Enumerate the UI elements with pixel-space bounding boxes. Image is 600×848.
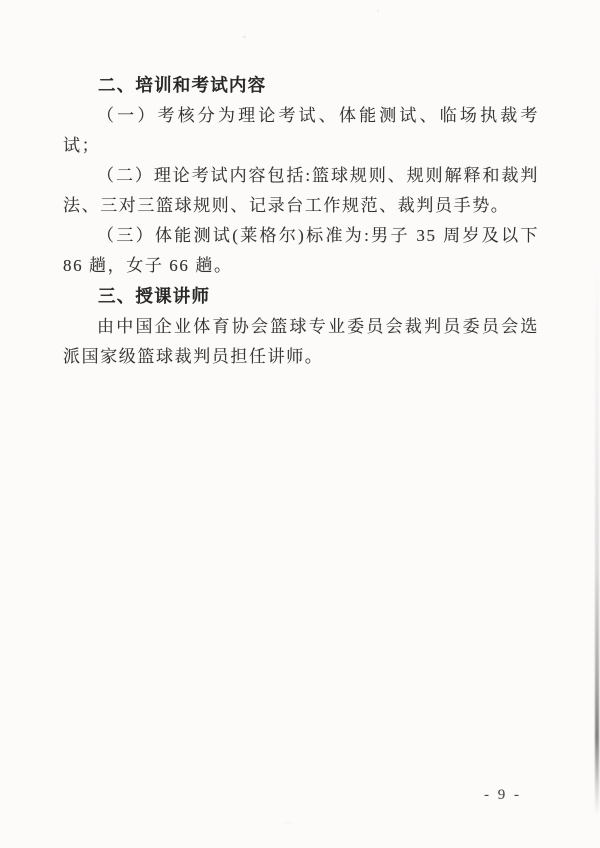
section-heading-training-and-exam-content: 二、培训和考试内容 bbox=[63, 70, 539, 101]
scan-edge-shadow bbox=[595, 255, 599, 815]
document-body: 二、培训和考试内容 （一）考核分为理论考试、体能测试、临场执裁考试； （二）理论… bbox=[63, 70, 539, 372]
section-heading-lecturers: 三、授课讲师 bbox=[63, 281, 539, 312]
scan-noise-speck bbox=[243, 36, 246, 38]
scanned-document-page: 二、培训和考试内容 （一）考核分为理论考试、体能测试、临场执裁考试； （二）理论… bbox=[0, 0, 600, 848]
scan-noise-speck bbox=[377, 10, 379, 12]
paragraph-fitness-test-standard: （三）体能测试(莱格尔)标准为:男子 35 周岁及以下 86 趟，女子 66 趟… bbox=[63, 221, 539, 281]
page-number: - 9 - bbox=[484, 787, 522, 804]
paragraph-lecturer-assignment: 由中国企业体育协会篮球专业委员会裁判员委员会选派国家级篮球裁判员担任讲师。 bbox=[63, 312, 539, 372]
paragraph-theory-exam-content: （二）理论考试内容包括:篮球规则、规则解释和裁判法、三对三篮球规则、记录台工作规… bbox=[63, 161, 539, 221]
scan-noise-speck bbox=[283, 822, 293, 824]
paragraph-assessment-types: （一）考核分为理论考试、体能测试、临场执裁考试； bbox=[63, 101, 539, 161]
